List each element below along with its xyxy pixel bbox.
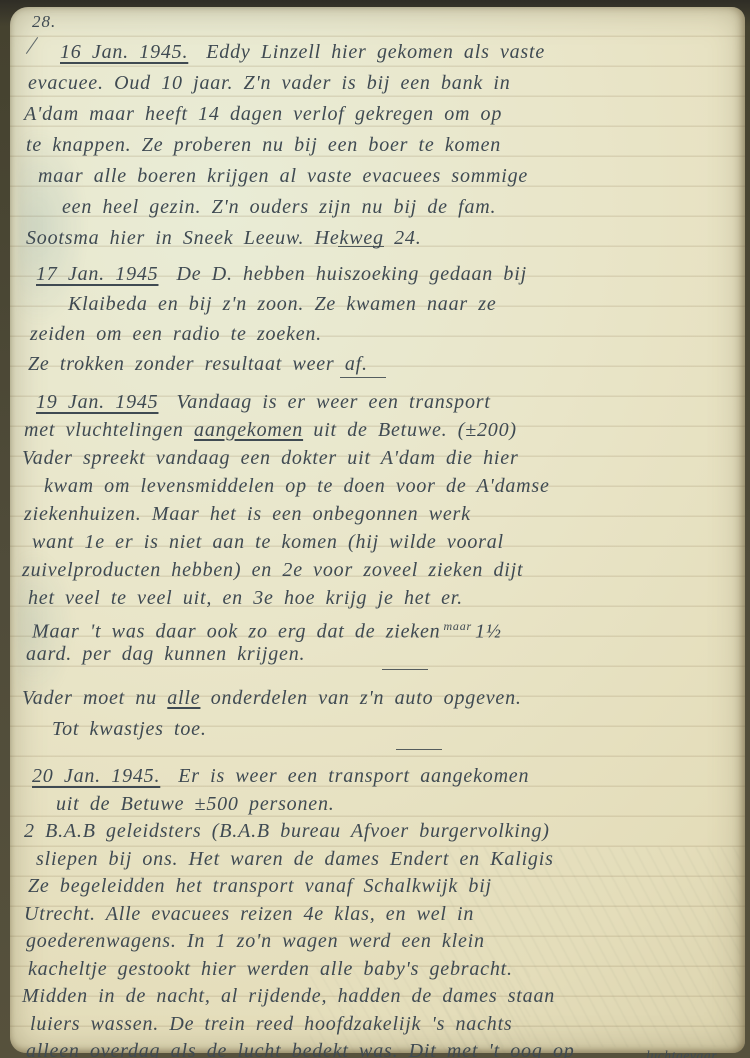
handwritten-line: 19 Jan. 1945Vandaag is er weer een trans… [10,388,745,416]
line-text: De D. hebben huiszoeking gedaan bij [176,263,526,285]
line-text: Eddy Linzell hier gekomen als vaste [206,41,545,63]
line-text: aard. per dag kunnen krijgen. [26,643,305,665]
handwritten-line: zuivelproducten hebben) en 2e voor zovee… [10,556,745,584]
line-text: luiers wassen. De trein reed hoofdzakeli… [30,1013,513,1035]
line-text: met vluchtelingen [24,419,194,441]
handwritten-line: kwam om levensmiddelen op te doen voor d… [10,472,745,500]
handwritten-line: ziekenhuizen. Maar het is een onbegonnen… [10,500,745,528]
handwritten-line: aard. per dag kunnen krijgen. [10,640,745,668]
diary-scan: 28. 16 Jan. 1945.Eddy Linzell hier gekom… [0,0,750,1058]
line-text: Midden in de nacht, al rijdende, hadden … [22,985,555,1007]
handwritten-line: Midden in de nacht, al rijdende, hadden … [10,983,745,1011]
entry-separator [338,246,384,247]
handwritten-line: alleen overdag als de lucht bedekt was. … [10,1038,745,1058]
line-text: maar alle boeren krijgen al vaste evacue… [38,165,528,187]
entry-20-jan-1945: 20 Jan. 1945.Er is weer een transport aa… [10,763,745,1058]
line-text: Ze begeleidden het transport vanaf Schal… [28,875,492,897]
line-text: sliepen bij ons. Het waren de dames Ende… [36,848,554,870]
handwritten-line: A'dam maar heeft 14 dagen verlof gekrege… [10,99,745,130]
handwritten-line: goederenwagens. In 1 zo'n wagen werd een… [10,928,745,956]
line-text: onderdelen van z'n auto opgeven. [200,687,521,709]
handwritten-line: 16 Jan. 1945.Eddy Linzell hier gekomen a… [10,37,745,68]
entry-16-jan-1945: 16 Jan. 1945.Eddy Linzell hier gekomen a… [10,37,745,254]
note-auto-onderdelen: Vader moet nu alle onderdelen van z'n au… [10,683,745,745]
handwritten-line: het veel te veel uit, en 3e hoe krijg je… [10,584,745,612]
line-text: uit de Betuwe. (±200) [303,419,517,441]
handwritten-line: Ze trokken zonder resultaat weer af. [10,349,745,379]
line-text: Vader moet nu [22,687,167,709]
entry-19-jan-1945: 19 Jan. 1945Vandaag is er weer een trans… [10,388,745,668]
handwritten-line: sliepen bij ons. Het waren de dames Ende… [10,846,745,874]
line-text: Ze trokken zonder resultaat weer af. [28,353,368,375]
line-text: want 1e er is niet aan te komen (hij wil… [32,531,504,553]
handwritten-line: zeiden om een radio te zoeken. [10,319,745,349]
handwritten-line: 20 Jan. 1945.Er is weer een transport aa… [10,763,745,791]
line-text: te knappen. Ze proberen nu bij een boer … [26,134,501,156]
entry-date: 17 Jan. 1945 [36,263,158,285]
underlined-word: aangekomen [194,419,303,441]
handwritten-line: 2 B.A.B geleidsters (B.A.B bureau Afvoer… [10,818,745,846]
handwritten-line: te knappen. Ze proberen nu bij een boer … [10,130,745,161]
line-text: evacuee. Oud 10 jaar. Z'n vader is bij e… [28,72,511,94]
handwritten-line: een heel gezin. Z'n ouders zijn nu bij d… [10,192,745,223]
handwritten-line: want 1e er is niet aan te komen (hij wil… [10,528,745,556]
line-text: Er is weer een transport aangekomen [178,765,529,787]
entry-separator [382,669,428,670]
line-text: ziekenhuizen. Maar het is een onbegonnen… [24,503,471,525]
entry-date: 16 Jan. 1945. [60,41,188,63]
line-text: Vader spreekt vandaag een dokter uit A'd… [22,447,519,469]
diary-page: 28. 16 Jan. 1945.Eddy Linzell hier gekom… [10,7,745,1053]
entry-separator [396,749,442,750]
handwritten-line: 17 Jan. 1945De D. hebben huiszoeking ged… [10,259,745,289]
entry-17-jan-1945: 17 Jan. 1945De D. hebben huiszoeking ged… [10,259,745,379]
squeezed-last-word: luchtgevaar. [646,1048,720,1058]
line-text: kacheltje gestookt hier werden alle baby… [28,958,513,980]
line-text: een heel gezin. Z'n ouders zijn nu bij d… [62,196,496,218]
entry-date: 20 Jan. 1945. [32,765,160,787]
handwritten-line: uit de Betuwe ±500 personen. [10,791,745,819]
line-text: Vandaag is er weer een transport [176,391,490,413]
handwritten-line: Maar 't was daar ook zo erg dat de zieke… [10,612,745,640]
line-text: alleen overdag als de lucht bedekt was. … [26,1040,575,1058]
handwritten-line: Vader spreekt vandaag een dokter uit A'd… [10,444,745,472]
line-text: zuivelproducten hebben) en 2e voor zovee… [22,559,523,581]
line-text: Utrecht. Alle evacuees reizen 4e klas, e… [24,903,474,925]
line-text: A'dam maar heeft 14 dagen verlof gekrege… [24,103,502,125]
line-text: uit de Betuwe ±500 personen. [56,793,335,815]
line-text: kwam om levensmiddelen op te doen voor d… [44,475,550,497]
line-text: Tot kwastjes toe. [52,718,207,740]
handwritten-line: evacuee. Oud 10 jaar. Z'n vader is bij e… [10,68,745,99]
line-text: het veel te veel uit, en 3e hoe krijg je… [28,587,463,609]
line-text: 2 B.A.B geleidsters (B.A.B bureau Afvoer… [24,820,550,842]
handwritten-line: Klaibeda en bij z'n zoon. Ze kwamen naar… [10,289,745,319]
line-text: 1½ [475,621,502,643]
handwritten-line: met vluchtelingen aangekomen uit de Betu… [10,416,745,444]
page-number: 28. [32,12,56,32]
handwritten-line: Vader moet nu alle onderdelen van z'n au… [10,683,745,714]
handwritten-line: kacheltje gestookt hier werden alle baby… [10,956,745,984]
entry-date: 19 Jan. 1945 [36,391,158,413]
handwritten-line: Ze begeleidden het transport vanaf Schal… [10,873,745,901]
line-text: zeiden om een radio te zoeken. [30,323,322,345]
line-text: Klaibeda en bij z'n zoon. Ze kwamen naar… [68,293,497,315]
line-text: goederenwagens. In 1 zo'n wagen werd een… [26,930,485,952]
handwritten-line: Utrecht. Alle evacuees reizen 4e klas, e… [10,901,745,929]
handwritten-line: Sootsma hier in Sneek Leeuw. Hekweg 24. [10,223,745,254]
handwritten-line: luiers wassen. De trein reed hoofdzakeli… [10,1011,745,1039]
handwritten-line: maar alle boeren krijgen al vaste evacue… [10,161,745,192]
underlined-word: alle [167,687,200,709]
entry-separator [340,377,386,378]
superscript-insertion: maar [443,619,472,633]
handwritten-line: Tot kwastjes toe. [10,714,745,745]
